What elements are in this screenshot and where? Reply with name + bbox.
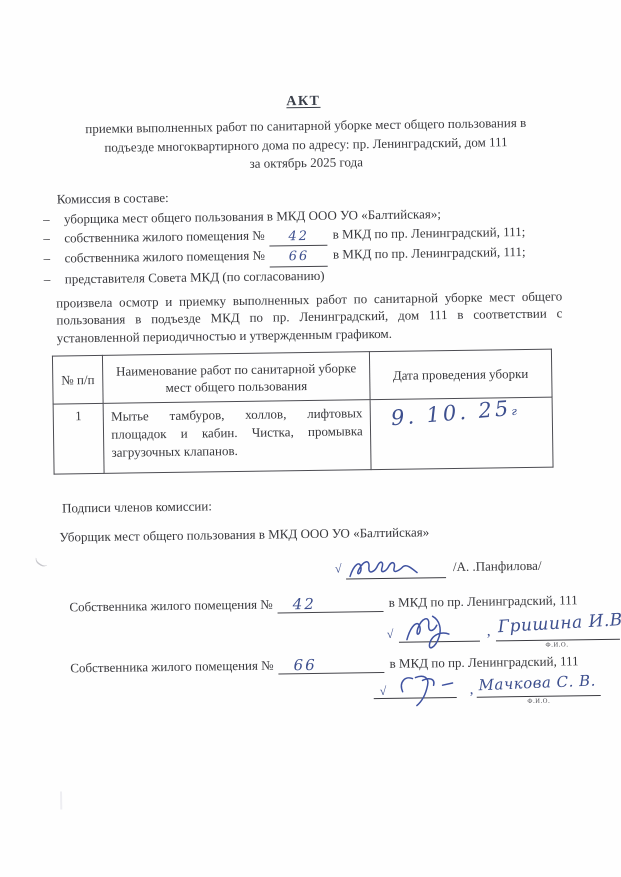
works-table-header: № п/п Наименование работ по санитарной у… [52, 349, 552, 404]
apartment-number-blank: 42 [278, 593, 384, 613]
column-header-work-name: Наименование работ по санитарной уборке … [103, 352, 370, 404]
scan-tilt-wrapper: АКТ приемки выполненных работ по санитар… [0, 0, 621, 877]
member-item-suffix: в МКД по пр. Ленинградский, 111; [333, 244, 526, 262]
owner-42-signature-row: √ , Гришина И.В. Ф.И.О. [387, 607, 621, 652]
scanned-act-document-page: АКТ приемки выполненных работ по санитар… [0, 0, 621, 877]
member-item-suffix: в МКД по пр. Ленинградский, 111; [333, 224, 526, 242]
checkmark-icon: √ [387, 627, 394, 642]
works-table-body: 1 Мытье тамбуров, холлов, лифтовых площа… [53, 397, 553, 474]
cell-row-number: 1 [53, 403, 104, 474]
column-header-number: № п/п [52, 355, 103, 404]
handwritten-apartment-number: 66 [289, 249, 310, 264]
fio-label: Ф.И.О. [517, 641, 597, 649]
commission-members-list: –уборщика мест общего пользования в МКД … [43, 203, 584, 289]
member-item-prefix: собственника жилого помещения № [64, 227, 265, 245]
handwritten-date-year-suffix: г [510, 405, 517, 418]
apartment-number-blank: 66 [270, 246, 328, 267]
member-item-text: представителя Совета МКД (по согласовани… [65, 268, 325, 287]
owner-66-signature-scribble [395, 671, 459, 708]
commission-heading: Комиссия в составе: [57, 190, 169, 208]
owner-42-handwritten-name: Гришина И.В. [497, 610, 621, 638]
signature-separator: , [487, 623, 491, 640]
document-subtitle: приемки выполненных работ по санитарной … [36, 113, 577, 176]
owner-42-signature-scribble [403, 611, 460, 656]
table-row: 1 Мытье тамбуров, холлов, лифтовых площа… [53, 397, 553, 474]
body-paragraph: произвела осмотр и приемку выполненных р… [56, 287, 563, 346]
cell-cleaning-date: 9. 10. 25г [370, 397, 553, 470]
member-item-prefix: собственника жилого помещения № [64, 248, 265, 266]
handwritten-cleaning-date: 9. 10. 25г [390, 396, 518, 430]
cleaner-signature-scribble [348, 554, 420, 581]
owner-line-prefix: Собственника жилого помещения № [70, 658, 273, 676]
list-dash: – [43, 250, 64, 269]
member-item-text: уборщика мест общего пользования в МКД О… [64, 206, 441, 226]
list-dash: – [43, 229, 64, 248]
owner-66-handwritten-name: Мачкова С. В. [478, 672, 596, 695]
list-dash: – [43, 210, 64, 229]
list-dash: – [44, 270, 65, 289]
signature-separator: , [470, 682, 474, 699]
scan-artifact-line [60, 791, 62, 809]
cleaner-printed-name: /А. .Панфилова/ [453, 558, 542, 575]
checkmark-icon: √ [380, 684, 387, 699]
apartment-number-blank: 42 [270, 225, 328, 246]
scan-artifact-mark: ( [32, 556, 49, 570]
column-header-date: Дата проведения уборки [369, 349, 552, 400]
cleaner-signature-row: √ /А. .Панфилова/ [335, 552, 585, 583]
signatures-heading: Подписи членов комиссии: [62, 498, 212, 516]
handwritten-apartment-number: 42 [293, 595, 316, 613]
checkmark-icon: √ [335, 562, 342, 577]
handwritten-apartment-number: 42 [288, 229, 309, 244]
owner-line-prefix: Собственника жилого помещения № [69, 597, 272, 615]
fio-label: Ф.И.О. [499, 697, 579, 705]
works-table: № п/п Наименование работ по санитарной у… [52, 349, 554, 475]
apartment-number-blank: 66 [278, 654, 384, 674]
handwritten-date-value: 9. 10. 25 [390, 396, 512, 430]
owner-66-signature-row: √ , Мачкова С. В. Ф.И.О. [373, 668, 621, 716]
table-header-row: № п/п Наименование работ по санитарной у… [52, 349, 552, 404]
document-title: АКТ [0, 90, 612, 115]
cell-work-description: Мытье тамбуров, холлов, лифтовых площадо… [103, 400, 370, 474]
handwritten-apartment-number: 66 [293, 656, 316, 674]
cleaner-signature-caption: Уборщик мест общего пользования в МКД ОО… [59, 524, 429, 545]
